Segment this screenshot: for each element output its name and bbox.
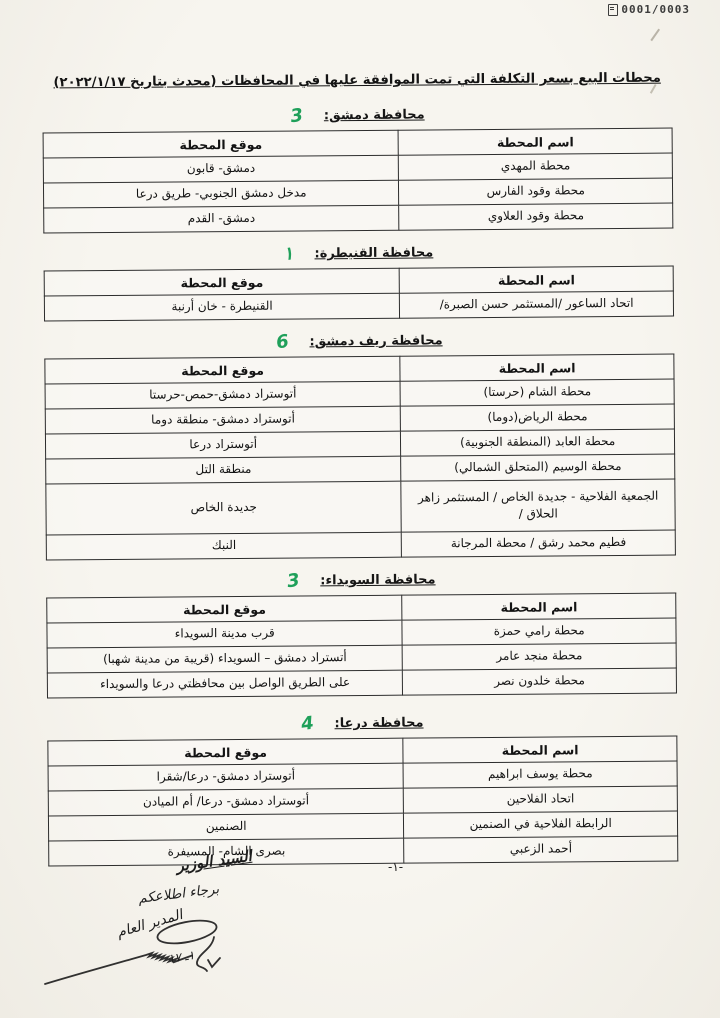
station-name-cell: محطة رامي حمزة [402, 618, 676, 645]
stations-table-quneitra: اسم المحطة موقع المحطة اتحاد الساعور /ال… [44, 266, 674, 322]
column-header-station-name: اسم المحطة [400, 354, 674, 381]
station-location-cell: أتوستراد دمشق- درعا/شقرا [48, 763, 404, 791]
station-name-cell: اتحاد الفلاحين [404, 786, 678, 813]
station-location-cell: دمشق- قابون [43, 155, 399, 183]
handwritten-count-green: 3 [289, 105, 304, 127]
station-name-cell: محطة الشام (حرستا) [400, 379, 674, 406]
station-name-cell: محطة وقود الفارس [399, 178, 673, 205]
table-row: اتحاد الساعور /المستثمر حسن الصبرة/القني… [44, 291, 673, 321]
station-location-cell: أتستراد دمشق – السويداء (قريبة من مدينة … [47, 645, 403, 673]
station-location-cell: دمشق- القدم [44, 205, 400, 233]
table-row: فطيم محمد رشق / محطة المرجانةالنبك [46, 530, 675, 560]
station-name-cell: اتحاد الساعور /المستثمر حسن الصبرة/ [400, 291, 674, 318]
section-heading-label: محافظة السويداء: [320, 572, 435, 588]
station-location-cell: القنيطرة - خان أرنبة [44, 293, 400, 321]
section-heading-label: محافظة ريف دمشق: [309, 333, 442, 349]
station-location-cell: جديدة الخاص [46, 481, 402, 535]
section-damascus-heading: محافظة دمشق: 3 [42, 102, 672, 129]
fax-counter: 0001/0003 [608, 3, 690, 16]
stations-table-rural-damascus: اسم المحطة موقع المحطة محطة الشام (حرستا… [44, 354, 676, 561]
station-location-cell: أتوستراد دمشق-حمص-حرستا [45, 381, 401, 409]
column-header-station-location: موقع المحطة [47, 595, 403, 623]
stations-table-daraa: اسم المحطة موقع المحطة محطة يوسف ابراهيم… [47, 736, 678, 867]
section-quneitra-heading: محافظة القنيطرة: ١ [43, 240, 673, 267]
station-name-cell: محطة المهدي [399, 153, 673, 180]
handwritten-title-director-general: المدير العام [115, 907, 184, 941]
station-name-cell: محطة وقود العلاوي [399, 203, 673, 230]
document-title: محطات البيع بسعر التكلفة التي تمت المواف… [46, 71, 668, 91]
column-header-station-location: موقع المحطة [44, 268, 400, 296]
station-name-cell: فطيم محمد رشق / محطة المرجانة [402, 530, 676, 557]
station-location-cell: على الطريق الواصل بين محافظتي درعا والسو… [47, 670, 403, 698]
section-heading-label: محافظة درعا: [334, 716, 423, 732]
page-number: -١- [388, 860, 403, 874]
section-sweida-heading: محافظة السويداء: 3 [46, 567, 676, 594]
table-row: الجمعية الفلاحية - جديدة الخاص / المستثم… [46, 479, 675, 535]
column-header-station-name: اسم المحطة [403, 736, 677, 763]
table-row: محطة وقود العلاويدمشق- القدم [44, 203, 673, 233]
column-header-station-name: اسم المحطة [398, 128, 672, 155]
handwritten-count-green: 4 [300, 713, 315, 735]
station-location-cell: أتوستراد دمشق- درعا/ أم الميادن [48, 788, 404, 816]
section-heading-label: محافظة دمشق: [324, 107, 425, 123]
section-rural-damascus-heading: محافظة ريف دمشق: 6 [44, 328, 674, 355]
document-body: محطات البيع بسعر التكلفة التي تمت المواف… [0, 15, 720, 867]
station-location-cell: قرب مدينة السويداء [47, 620, 403, 648]
section-heading-label: محافظة القنيطرة: [314, 245, 433, 261]
station-name-cell: أحمد الزعبي [404, 836, 678, 863]
table-row: محطة خلدون نصرعلى الطريق الواصل بين محاف… [47, 668, 676, 698]
column-header-station-name: اسم المحطة [400, 266, 674, 293]
column-header-station-name: اسم المحطة [402, 593, 676, 620]
station-name-cell: محطة الوسيم (المتحلق الشمالي) [401, 454, 675, 481]
station-name-cell: محطة العابد (المنطقة الجنوبية) [401, 429, 675, 456]
station-location-cell: مدخل دمشق الجنوبي- طريق درعا [43, 180, 399, 208]
station-name-cell: محطة يوسف ابراهيم [403, 761, 677, 788]
fax-page-icon [608, 4, 618, 16]
station-name-cell: محطة منجد عامر [402, 643, 676, 670]
station-location-cell: أتوستراد درعا [45, 431, 401, 459]
handwritten-date: ١ـ ١٧ [167, 948, 196, 966]
handwritten-count-green: 3 [285, 570, 300, 592]
table-row: أحمد الزعبيبصرى الشام- المسيفرة [49, 836, 678, 866]
section-daraa-heading: محافظة درعا: 4 [47, 710, 677, 737]
station-location-cell: منطقة التل [46, 456, 402, 484]
handwritten-note: برجاء اطلاعكم [137, 881, 220, 907]
station-name-cell: محطة خلدون نصر [403, 668, 677, 695]
column-header-station-location: موقع المحطة [48, 738, 404, 766]
station-location-cell: أتوستراد دمشق- منطقة دوما [45, 406, 401, 434]
column-header-station-location: موقع المحطة [43, 130, 399, 158]
station-name-cell: الرابطة الفلاحية في الصنمين [404, 811, 678, 838]
handwritten-count-green: 6 [275, 331, 290, 353]
station-location-cell: النبك [46, 532, 402, 560]
station-location-cell: الصنمين [48, 813, 404, 841]
column-header-station-location: موقع المحطة [45, 356, 401, 384]
handwritten-count-green: ١ [282, 243, 294, 265]
stations-table-sweida: اسم المحطة موقع المحطة محطة رامي حمزةقرب… [46, 593, 677, 699]
stations-table-damascus: اسم المحطة موقع المحطة محطة المهديدمشق- … [43, 128, 674, 234]
station-name-cell: محطة الرياض(دوما) [401, 404, 675, 431]
fax-counter-value: 0001/0003 [621, 3, 690, 16]
station-name-cell: الجمعية الفلاحية - جديدة الخاص / المستثم… [401, 479, 675, 532]
fax-timestamp-faded: –·· ·– – ·–·– –– ··– – ·– ––·– – –– ·––– [16, 0, 313, 5]
